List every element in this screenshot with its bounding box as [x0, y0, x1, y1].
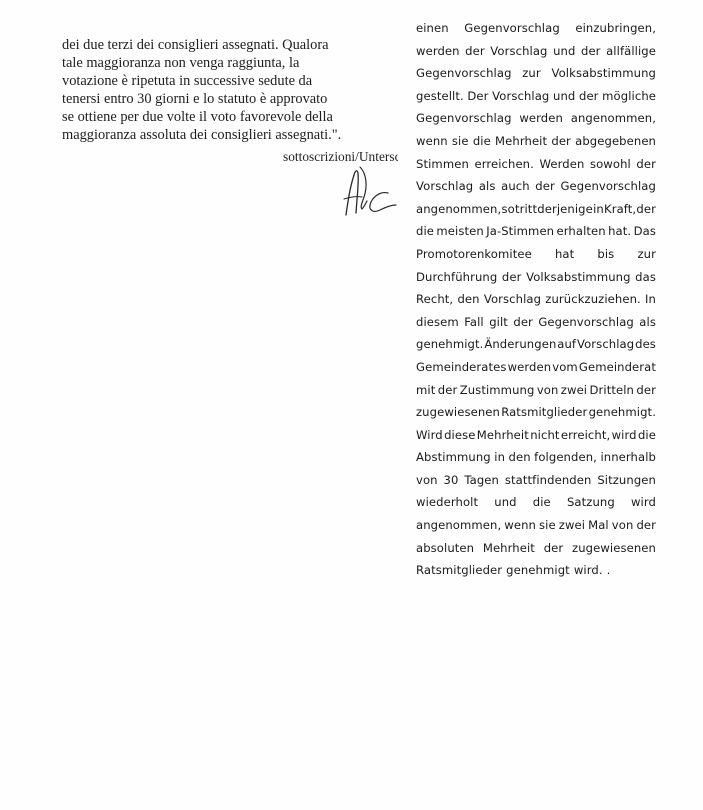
- word: Mehrheit: [495, 130, 547, 153]
- word: auch: [501, 175, 530, 198]
- word: zur: [637, 243, 656, 266]
- word: einen: [416, 17, 449, 40]
- italian-text-line: tenersi entro 30 giorni e lo statuto è a…: [62, 90, 352, 108]
- word: Zustimmung: [460, 379, 535, 402]
- word: von: [612, 514, 634, 537]
- word: der: [579, 85, 599, 108]
- german-text-line: diesemFallgiltderGegenvorschlagals: [416, 311, 656, 334]
- german-text-line: absolutenMehrheitderzugewiesenen: [416, 537, 656, 560]
- word: Vorschlag: [492, 85, 549, 108]
- word: Volksabstimmung: [526, 266, 631, 289]
- word: zurückzuziehen.: [545, 288, 641, 311]
- german-text-line: zugewiesenenRatsmitgliedergenehmigt.: [416, 401, 656, 424]
- word: Satzung: [567, 491, 615, 514]
- word: werden: [519, 107, 563, 130]
- word: in: [494, 446, 505, 469]
- word: der: [636, 514, 656, 537]
- word: der: [438, 379, 458, 402]
- word: hat: [555, 243, 574, 266]
- german-text-line: DurchführungderVolksabstimmungdas: [416, 266, 656, 289]
- german-text-line: WirddieseMehrheitnichterreicht,wirddie: [416, 424, 656, 447]
- word: 30: [444, 469, 459, 492]
- word: Vorschlag: [577, 333, 634, 356]
- word: tritt: [515, 198, 537, 221]
- word: Gegenvorschlag: [416, 62, 512, 85]
- word: stattfindenden: [505, 469, 592, 492]
- german-text-line: wiederholtunddieSatzungwird: [416, 491, 656, 514]
- word: sie: [539, 514, 556, 537]
- word: .: [607, 559, 611, 582]
- word: Ratsmitglieder: [501, 401, 587, 424]
- word: Dritteln: [590, 379, 635, 402]
- german-text-line: von30TagenstattfindendenSitzungen: [416, 469, 656, 492]
- italian-text-line: votazione è ripetuta in successive sedut…: [62, 72, 352, 90]
- word: Volksabstimmung: [551, 62, 656, 85]
- word: Recht,: [416, 288, 453, 311]
- word: der: [551, 130, 571, 153]
- word: erreicht,: [561, 424, 610, 447]
- word: allfällige: [606, 40, 656, 63]
- word: Vorschlag: [416, 175, 473, 198]
- german-text-column: einenGegenvorschlageinzubringen,werdende…: [416, 17, 656, 582]
- column-divider: [399, 0, 400, 480]
- word: der: [636, 379, 656, 402]
- german-text-line: Recht,denVorschlagzurückzuziehen.In: [416, 288, 656, 311]
- italian-text-line: se ottiene per due volte il voto favorev…: [62, 108, 352, 126]
- word: genehmigt.: [416, 333, 483, 356]
- word: auf: [557, 333, 576, 356]
- word: angenommen,: [571, 107, 656, 130]
- german-text-line: mitderZustimmungvonzweiDrittelnder: [416, 379, 656, 402]
- word: gestellt.: [416, 85, 464, 108]
- word: derjenige: [537, 198, 593, 221]
- word: der: [513, 311, 533, 334]
- word: Gegenvorschlag: [538, 311, 634, 334]
- word: der: [581, 40, 601, 63]
- word: sowohl: [590, 153, 631, 176]
- scanned-document-page: dei due terzi dei consiglieri assegnati.…: [0, 0, 703, 810]
- word: Wird: [416, 424, 443, 447]
- word: den: [457, 288, 479, 311]
- word: Mehrheit: [483, 537, 535, 560]
- word: so: [501, 198, 514, 221]
- word: des: [635, 333, 656, 356]
- word: bis: [597, 243, 614, 266]
- word: mit: [416, 379, 435, 402]
- word: und: [553, 85, 575, 108]
- word: Ratsmitglieder: [416, 559, 502, 582]
- word: Das: [634, 220, 656, 243]
- word: zugewiesenen: [572, 537, 656, 560]
- word: erreichen.: [474, 153, 533, 176]
- word: den: [509, 446, 531, 469]
- word: abgegebenen: [575, 130, 656, 153]
- german-text-line: Abstimmungindenfolgenden,innerhalb: [416, 446, 656, 469]
- german-text-line: VorschlagalsauchderGegenvorschlag: [416, 175, 656, 198]
- handwritten-signature-icon: [340, 163, 398, 219]
- word: Promotorenkomitee: [416, 243, 532, 266]
- word: diese: [444, 424, 475, 447]
- word: angenommen,: [416, 514, 501, 537]
- word: genehmigt.: [589, 401, 656, 424]
- word: das: [635, 266, 656, 289]
- word: diesem: [416, 311, 459, 334]
- word: Stimmen: [416, 153, 469, 176]
- word: wenn: [416, 130, 448, 153]
- word: wenn: [504, 514, 536, 537]
- word: der: [465, 40, 485, 63]
- word: wird: [612, 424, 637, 447]
- word: Durchführung: [416, 266, 497, 289]
- word: Abstimmung: [416, 446, 491, 469]
- word: und: [553, 40, 575, 63]
- word: Fall: [464, 311, 484, 334]
- word: Mal: [588, 514, 609, 537]
- word: nicht: [530, 424, 559, 447]
- word: von: [416, 469, 438, 492]
- word: sie: [452, 130, 469, 153]
- word: angenommen,: [416, 198, 501, 221]
- german-text-line: Stimmenerreichen.Werdensowohlder: [416, 153, 656, 176]
- german-text-line: Promotorenkomiteehatbiszur: [416, 243, 656, 266]
- word: zwei: [561, 379, 587, 402]
- word: die: [638, 424, 656, 447]
- word: der: [636, 198, 656, 221]
- german-text-line: GegenvorschlagzurVolksabstimmung: [416, 62, 656, 85]
- word: mögliche: [602, 85, 656, 108]
- word: in: [593, 198, 604, 221]
- word: genehmigt: [506, 559, 570, 582]
- word: Änderungen: [484, 333, 556, 356]
- word: der: [636, 153, 656, 176]
- italian-text-line: tale maggioranza non venga raggiunta, la: [62, 54, 352, 72]
- italian-text-line: dei due terzi dei consiglieri assegnati.…: [62, 36, 352, 54]
- word: zugewiesenen: [416, 401, 500, 424]
- word: als: [479, 175, 496, 198]
- word: Vorschlag: [490, 40, 547, 63]
- word: Mehrheit: [477, 424, 529, 447]
- word: Kraft,: [604, 198, 636, 221]
- word: zwei: [559, 514, 585, 537]
- german-text-line: werdenderVorschlagundderallfällige: [416, 40, 656, 63]
- word: der: [544, 537, 564, 560]
- word: hat.: [608, 220, 631, 243]
- word: als: [639, 311, 656, 334]
- word: die: [533, 491, 551, 514]
- german-text-line: gestellt.DerVorschlagunddermögliche: [416, 85, 656, 108]
- word: werden: [508, 356, 552, 379]
- word: Gemeinderat: [579, 356, 656, 379]
- word: einzubringen,: [575, 17, 656, 40]
- german-text-line: Ratsmitgliedergenehmigtwird..: [416, 559, 656, 582]
- word: erhalten: [557, 220, 606, 243]
- word: Tagen: [464, 469, 499, 492]
- word: die: [416, 220, 434, 243]
- word: zur: [522, 62, 541, 85]
- word: folgenden,: [534, 446, 597, 469]
- word: Ja-Stimmen: [486, 220, 554, 243]
- word: vom: [552, 356, 578, 379]
- word: wird.: [574, 559, 603, 582]
- word: gilt: [489, 311, 508, 334]
- word: der: [502, 266, 522, 289]
- word: Gemeinderates: [416, 356, 507, 379]
- italian-text-line: maggioranza assoluta dei consiglieri ass…: [62, 126, 352, 144]
- german-text-line: Gegenvorschlagwerdenangenommen,: [416, 107, 656, 130]
- german-text-line: GemeinderateswerdenvomGemeinderat: [416, 356, 656, 379]
- word: und: [494, 491, 516, 514]
- word: innerhalb: [600, 446, 656, 469]
- word: der: [535, 175, 555, 198]
- german-text-line: genehmigt.ÄnderungenaufVorschlagdes: [416, 333, 656, 356]
- german-text-line: angenommen,wennsiezweiMalvonder: [416, 514, 656, 537]
- german-text-line: wennsiedieMehrheitderabgegebenen: [416, 130, 656, 153]
- word: Der: [467, 85, 488, 108]
- word: Sitzungen: [597, 469, 656, 492]
- word: Gegenvorschlag: [560, 175, 656, 198]
- german-text-line: angenommen,sotrittderjenigeinKraft,der: [416, 198, 656, 221]
- word: meisten: [436, 220, 483, 243]
- word: In: [645, 288, 656, 311]
- german-text-line: einenGegenvorschlageinzubringen,: [416, 17, 656, 40]
- word: von: [537, 379, 559, 402]
- italian-text-column: dei due terzi dei consiglieri assegnati.…: [62, 36, 352, 144]
- word: die: [473, 130, 491, 153]
- word: Gegenvorschlag: [416, 107, 512, 130]
- word: Vorschlag: [484, 288, 541, 311]
- german-text-line: diemeistenJa-Stimmenerhaltenhat.Das: [416, 220, 656, 243]
- word: wiederholt: [416, 491, 478, 514]
- word: Werden: [539, 153, 584, 176]
- word: werden: [416, 40, 460, 63]
- word: absoluten: [416, 537, 474, 560]
- word: Gegenvorschlag: [464, 17, 560, 40]
- word: wird: [631, 491, 656, 514]
